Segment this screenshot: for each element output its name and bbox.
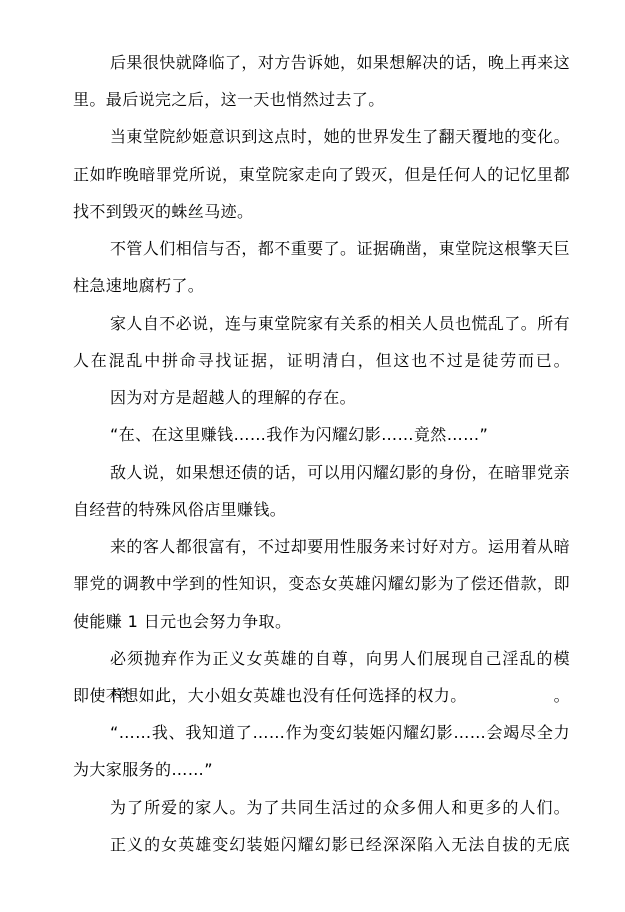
text-line: 里。最后说完之后，这一天也悄然过去了。 <box>73 81 570 118</box>
paragraph: 正义的女英雄变幻装姫闪耀幻影已经深深陷入无法自拔的无底 <box>73 826 570 863</box>
text-line: 因为对方是超越人的理解的存在。 <box>73 379 570 416</box>
paragraph: 家人自不必说，连与東堂院家有关系的相关人员也慌乱了。所有 人在混乱中拼命寻找证据… <box>73 305 570 379</box>
dialogue-paragraph: “……我、我知道了……作为变幻装姫闪耀幻影……会竭尽全力 为大家服务的……” <box>73 714 570 788</box>
text-line: 正如昨晚暗罪党所说，東堂院家走向了毁灭，但是任何人的记忆里都 <box>73 156 570 193</box>
paragraph: 来的客人都很富有，不过却要用性服务来讨好对方。运用着从暗 罪党的调教中学到的性知… <box>73 528 570 640</box>
text-line: 柱急速地腐朽了。 <box>73 267 570 304</box>
text-line: 家人自不必说，连与東堂院家有关系的相关人员也慌乱了。所有 <box>73 305 570 342</box>
paragraph: 为了所爱的家人。为了共同生活过的众多佣人和更多的人们。 <box>73 789 570 826</box>
text-line: 找不到毁灭的蛛丝马迹。 <box>73 193 570 230</box>
text-line: 正义的女英雄变幻装姫闪耀幻影已经深深陷入无法自拔的无底 <box>73 826 570 863</box>
text-line: “……我、我知道了……作为变幻装姫闪耀幻影……会竭尽全力 <box>73 714 570 751</box>
paragraph: 不管人们相信与否，都不重要了。证据确凿，東堂院这根擎天巨 柱急速地腐朽了。 <box>73 230 570 304</box>
text-line: 为了所爱的家人。为了共同生活过的众多佣人和更多的人们。 <box>73 789 570 826</box>
text-line: 不管人们相信与否，都不重要了。证据确凿，東堂院这根擎天巨 <box>73 230 570 267</box>
paragraph: 必须抛弃作为正义女英雄的自尊，向男人们展现自己淫乱的模样。 即使不想如此，大小姐… <box>73 640 570 714</box>
text-line: 为大家服务的……” <box>73 751 570 788</box>
text-line: 自经营的特殊风俗店里赚钱。 <box>73 491 570 528</box>
paragraph: 后果很快就降临了，对方告诉她，如果想解决的话，晚上再来这 里。最后说完之后，这一… <box>73 44 570 118</box>
text-line: 后果很快就降临了，对方告诉她，如果想解决的话，晚上再来这 <box>73 44 570 81</box>
text-line: “在、在这里赚钱……我作为闪耀幻影……竟然……” <box>73 416 570 453</box>
paragraph: 当東堂院紗姫意识到这点时，她的世界发生了翻天覆地的变化。 正如昨晚暗罪党所说，東… <box>73 118 570 230</box>
text-line: 敌人说，如果想还债的话，可以用闪耀幻影的身份，在暗罪党亲 <box>73 454 570 491</box>
text-line: 必须抛弃作为正义女英雄的自尊，向男人们展现自己淫乱的模样。 <box>73 640 570 677</box>
text-line: 罪党的调教中学到的性知识，变态女英雄闪耀幻影为了偿还借款，即 <box>73 565 570 602</box>
text-line: 使能赚 1 日元也会努力争取。 <box>73 603 570 640</box>
paragraph: 因为对方是超越人的理解的存在。 <box>73 379 570 416</box>
document-page: 后果很快就降临了，对方告诉她，如果想解决的话，晚上再来这 里。最后说完之后，这一… <box>73 44 570 863</box>
text-line: 当東堂院紗姫意识到这点时，她的世界发生了翻天覆地的变化。 <box>73 118 570 155</box>
text-line: 来的客人都很富有，不过却要用性服务来讨好对方。运用着从暗 <box>73 528 570 565</box>
dialogue-paragraph: “在、在这里赚钱……我作为闪耀幻影……竟然……” <box>73 416 570 453</box>
paragraph: 敌人说，如果想还债的话，可以用闪耀幻影的身份，在暗罪党亲 自经营的特殊风俗店里赚… <box>73 454 570 528</box>
text-line: 人在混乱中拼命寻找证据，证明清白，但这也不过是徒劳而已。 <box>73 342 570 379</box>
